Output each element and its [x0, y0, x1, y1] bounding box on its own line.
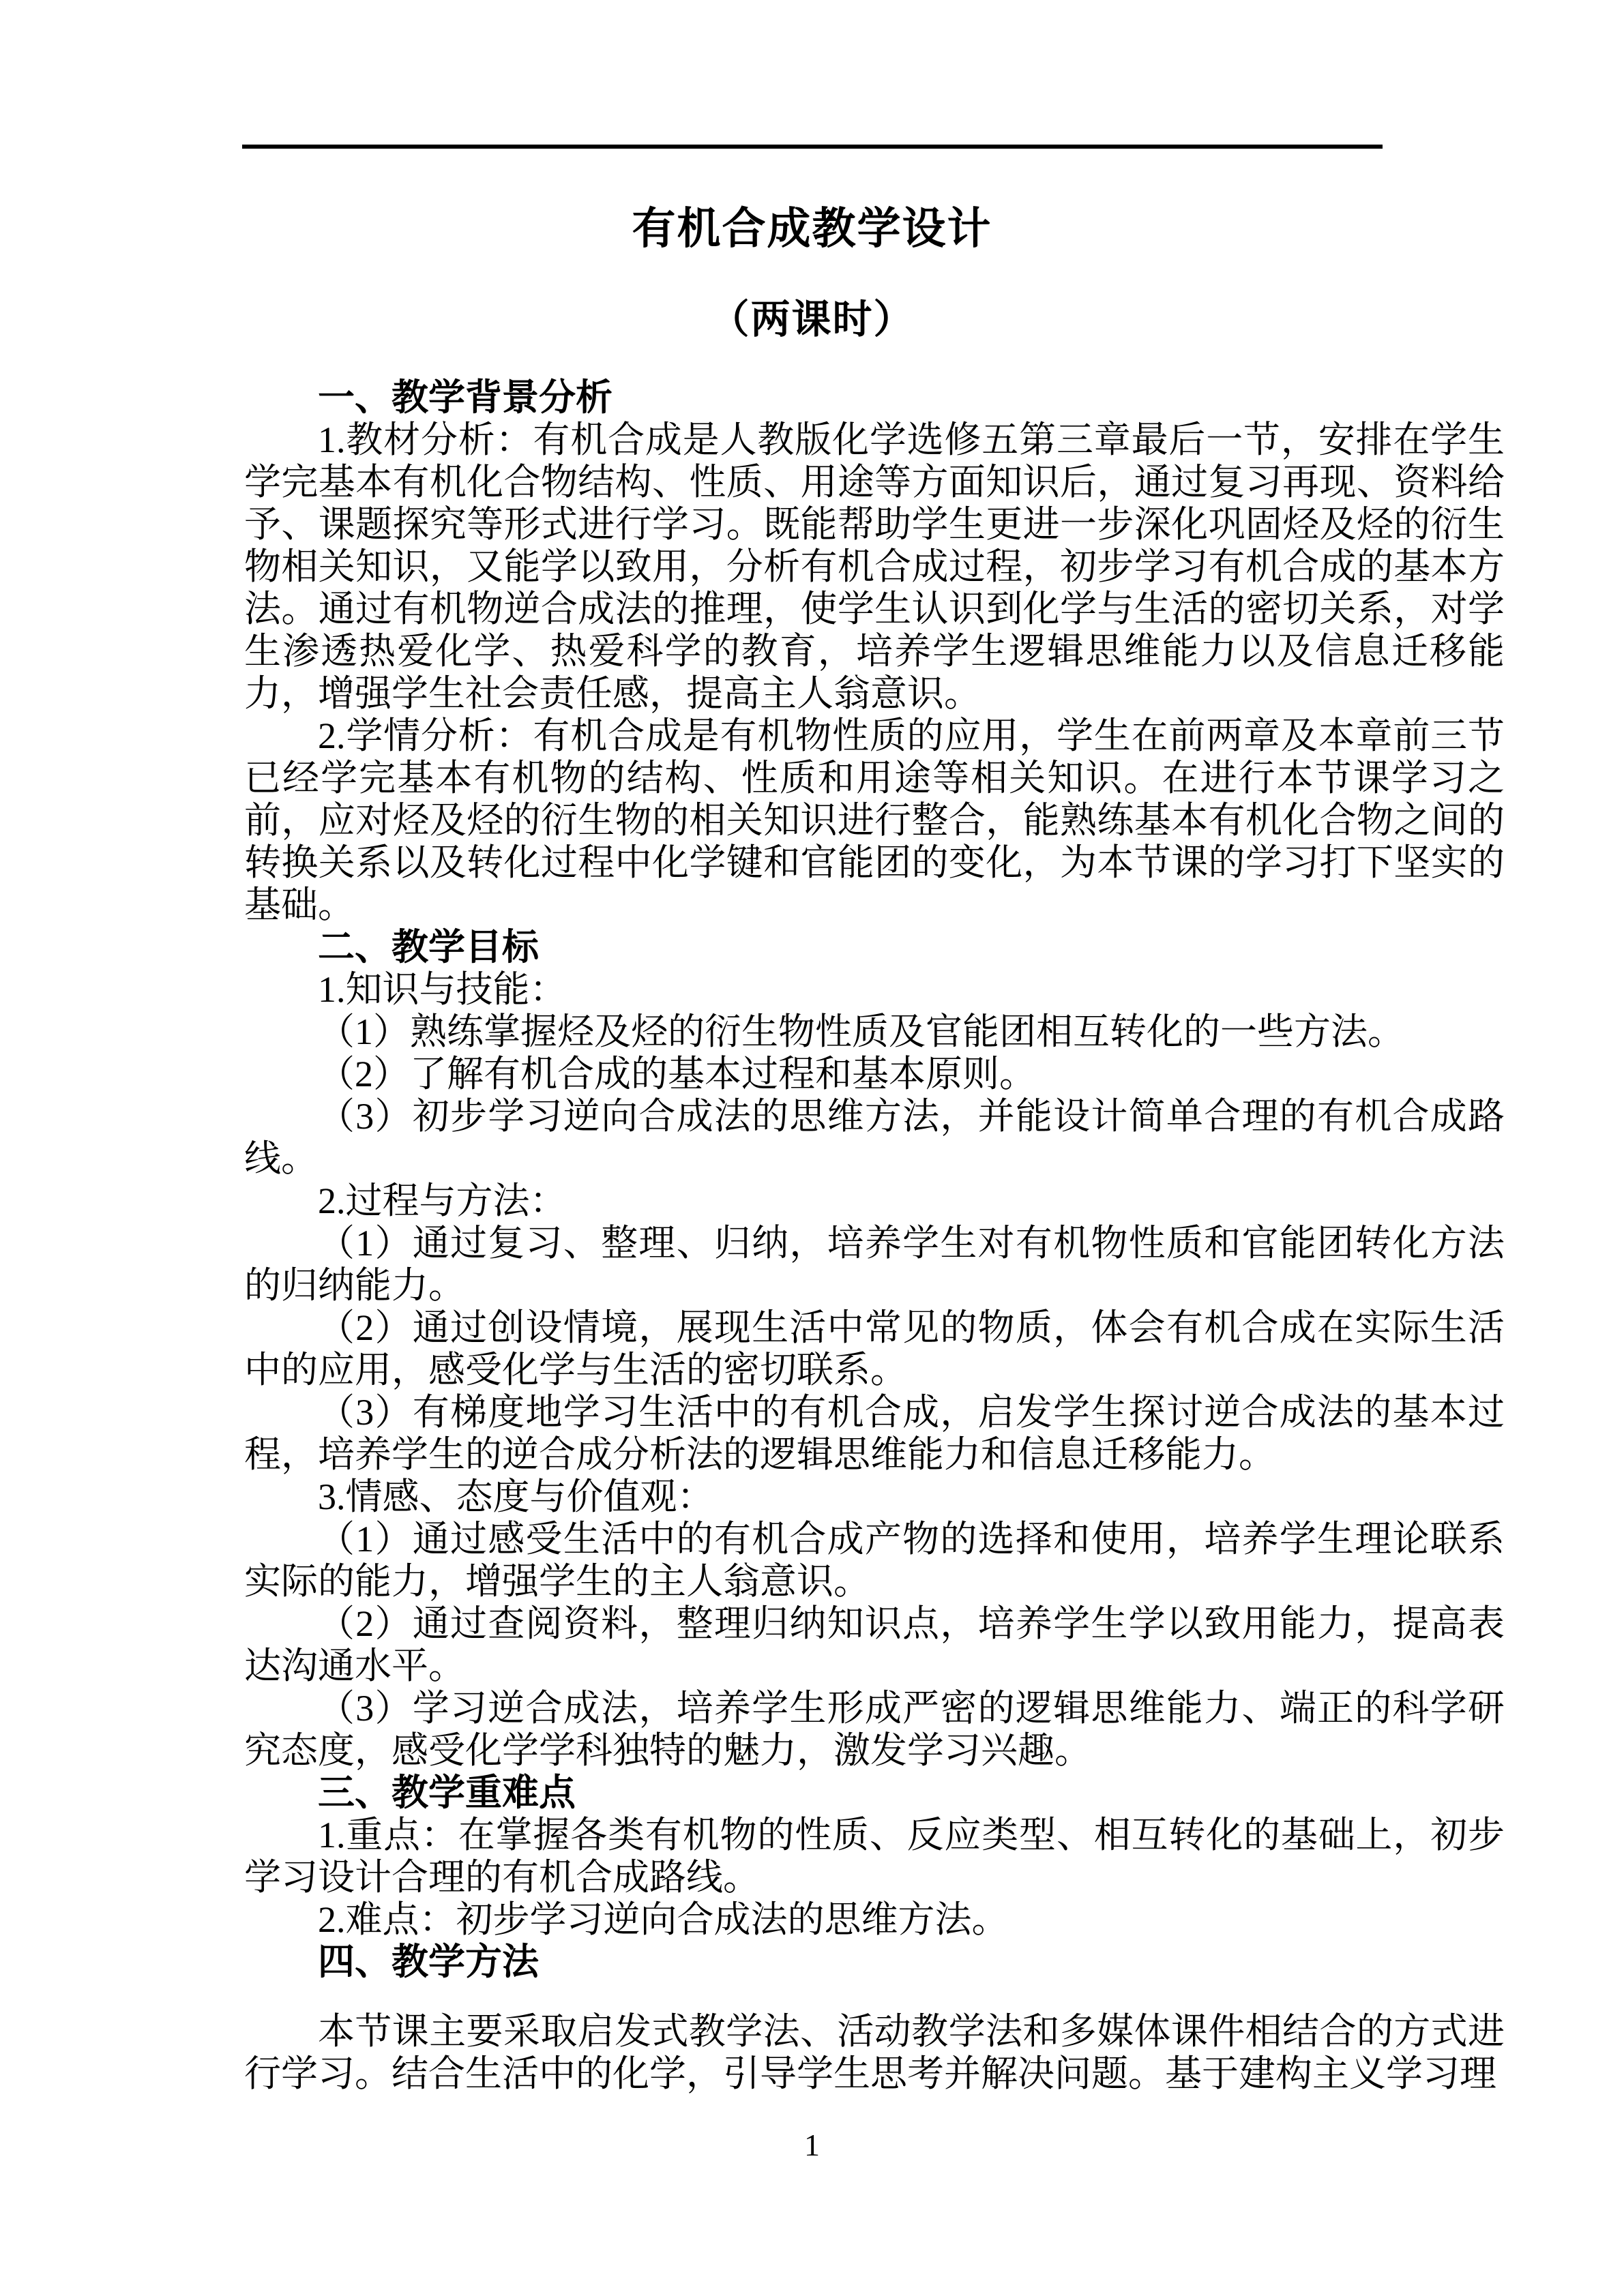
- paragraph-knowledge-item-3: （3）初步学习逆向合成法的思维方法，并能设计简单合理的有机合成路线。: [244, 1095, 1505, 1180]
- paragraph-learner-analysis: 2.学情分析：有机合成是有机物性质的应用，学生在前两章及本章前三节已经学完基本有…: [244, 715, 1505, 926]
- paragraph-knowledge-skills: 1.知识与技能：: [244, 968, 1505, 1011]
- section-heading-teaching-goals: 二、教学目标: [244, 926, 1505, 968]
- paragraph-process-item-1: （1）通过复习、整理、归纳，培养学生对有机物性质和官能团转化方法的归纳能力。: [244, 1222, 1505, 1307]
- paragraph-process-item-3: （3）有梯度地学习生活中的有机合成，启发学生探讨逆合成法的基本过程，培养学生的逆…: [244, 1391, 1505, 1476]
- page-number: 1: [0, 2128, 1624, 2163]
- paragraph-emotion-item-2: （2）通过查阅资料，整理归纳知识点，培养学生学以致用能力，提高表达沟通水平。: [244, 1602, 1505, 1687]
- paragraph-emotion-item-1: （1）通过感受生活中的有机合成产物的选择和使用，培养学生理论联系实际的能力，增强…: [244, 1518, 1505, 1602]
- document-subtitle: （两课时）: [0, 292, 1624, 348]
- document-page: 有机合成教学设计 （两课时） 一、教学背景分析 1.教材分析：有机合成是人教版化…: [0, 0, 1624, 2296]
- paragraph-process-method: 2.过程与方法：: [244, 1180, 1505, 1222]
- header-rule: [242, 145, 1383, 149]
- section-heading-key-difficult-points: 三、教学重难点: [244, 1772, 1505, 1814]
- paragraph-knowledge-item-1: （1）熟练掌握烃及烃的衍生物性质及官能团相互转化的一些方法。: [244, 1011, 1505, 1053]
- paragraph-teaching-method: 本节课主要采取启发式教学法、活动教学法和多媒体课件相结合的方式进行学习。结合生活…: [244, 2010, 1505, 2095]
- paragraph-difficult-point: 2.难点：初步学习逆向合成法的思维方法。: [244, 1898, 1505, 1941]
- section-heading-teaching-method: 四、教学方法: [244, 1941, 1505, 1983]
- paragraph-emotion-values: 3.情感、态度与价值观：: [244, 1476, 1505, 1518]
- document-body: 一、教学背景分析 1.教材分析：有机合成是人教版化学选修五第三章最后一节，安排在…: [244, 376, 1505, 2095]
- paragraph-emotion-item-3: （3）学习逆合成法，培养学生形成严密的逻辑思维能力、端正的科学研究态度，感受化学…: [244, 1687, 1505, 1772]
- paragraph-process-item-2: （2）通过创设情境，展现生活中常见的物质，体会有机合成在实际生活中的应用，感受化…: [244, 1307, 1505, 1391]
- document-title: 有机合成教学设计: [0, 200, 1624, 258]
- paragraph-knowledge-item-2: （2）了解有机合成的基本过程和基本原则。: [244, 1053, 1505, 1095]
- section-heading-background-analysis: 一、教学背景分析: [244, 376, 1505, 419]
- paragraph-textbook-analysis: 1.教材分析：有机合成是人教版化学选修五第三章最后一节，安排在学生学完基本有机化…: [244, 419, 1505, 715]
- paragraph-key-point: 1.重点：在掌握各类有机物的性质、反应类型、相互转化的基础上，初步学习设计合理的…: [244, 1814, 1505, 1898]
